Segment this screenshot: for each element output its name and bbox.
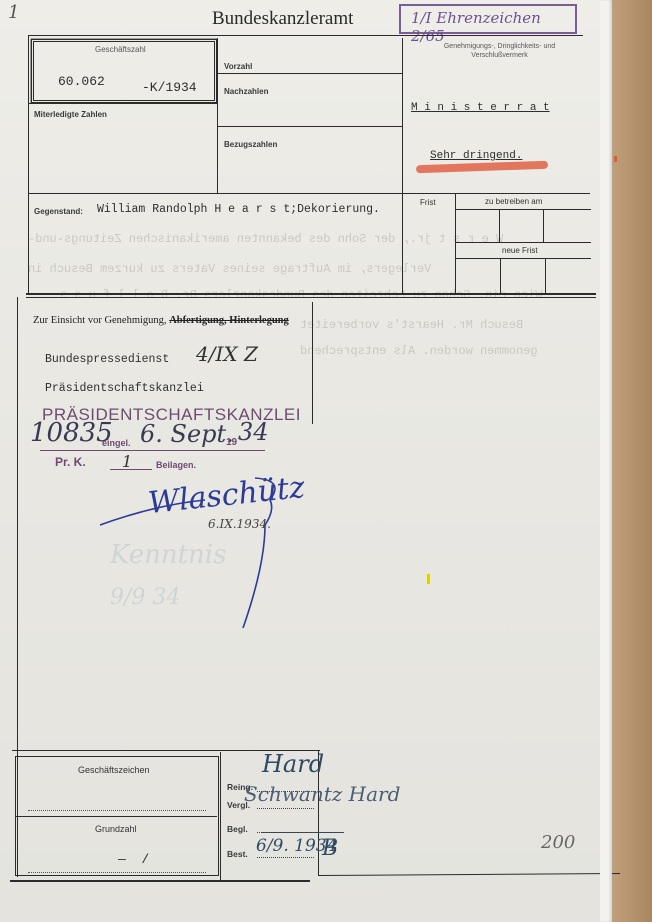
reference-stamp-text: 1/I Ehrenzeichen 2/65 xyxy=(411,9,575,45)
receipt-stamp-year-prefix: 19 xyxy=(226,437,237,448)
geschaeftszeichen-line xyxy=(28,810,206,811)
einsicht-struck-text: Abfertigung, Hinterlegung xyxy=(169,315,289,326)
geschaeftszahl-number: 60.062 xyxy=(58,74,105,89)
best-label: Best. xyxy=(227,849,248,859)
office-title: Bundeskanzleramt xyxy=(212,8,353,30)
form-divider xyxy=(28,193,590,194)
begl-line xyxy=(257,832,314,833)
form-divider xyxy=(500,258,501,294)
form-border xyxy=(28,35,583,36)
bleed-through-text: Verlegers, im Auftrage seines Vaters zu … xyxy=(28,262,431,276)
bleed-through-text: Wien ein. Schon zu Lebzeiten des Bundesk… xyxy=(60,288,542,302)
vorzahl-label: Vorzahl xyxy=(224,62,252,71)
form-divider xyxy=(312,302,313,424)
geschaeftszahl-label: Geschäftszahl xyxy=(95,45,146,54)
red-pencil-mark xyxy=(416,161,548,174)
form-divider xyxy=(456,242,591,243)
best-initial: B xyxy=(322,836,338,861)
form-border xyxy=(28,35,29,293)
form-divider xyxy=(545,258,546,294)
geschaeftszahl-suffix: -K/1934 xyxy=(142,80,197,95)
bezugszahlen-label: Bezugszahlen xyxy=(224,140,277,149)
reing-signature: Hard xyxy=(262,750,324,778)
form-border xyxy=(402,38,403,294)
signature-stroke-icon xyxy=(95,470,285,640)
bleed-through-text: genommen worden. Als entsprechend xyxy=(300,344,538,358)
einsicht-label: Zur Einsicht vor Genehmigung, xyxy=(33,315,167,326)
form-border xyxy=(10,880,310,882)
vermerk-ministerrat: M i n i s t e r r a t xyxy=(411,102,550,114)
red-edge-mark xyxy=(614,156,617,162)
receipt-stamp-number: 10835 xyxy=(30,418,113,448)
form-divider xyxy=(456,209,591,210)
bleed-through-text: W e r s t jr., der Sohn des bekannten am… xyxy=(28,232,503,246)
nachzahlen-label: Nachzahlen xyxy=(224,87,268,96)
frist-label: Frist xyxy=(420,198,436,207)
best-line xyxy=(257,857,314,858)
page-corner-number: 1 xyxy=(8,2,19,23)
form-divider xyxy=(218,73,403,74)
receipt-stamp-eingel-label: eingel. xyxy=(102,438,131,448)
reference-stamp: 1/I Ehrenzeichen 2/65 xyxy=(399,4,577,34)
form-divider xyxy=(456,258,591,259)
gegenstand-value: William Randolph H e a r s t;Dekorierung… xyxy=(97,203,380,216)
receipt-stamp-beilagen-label: Beilagen. xyxy=(156,460,196,470)
form-divider xyxy=(26,293,596,295)
recipient-bundespressedienst: Bundespressedienst xyxy=(45,353,169,366)
zu-betreiben-label: zu betreiben am xyxy=(485,197,542,206)
neue-frist-label: neue Frist xyxy=(502,246,538,255)
bleed-through-text: Besuch Mr. Hearst's vorbereitet xyxy=(300,318,523,332)
geschaeftszeichen-label: Geschäftszeichen xyxy=(78,765,150,775)
highlighter-mark xyxy=(427,574,430,584)
signature-date: 6.IX.1934. xyxy=(208,517,271,531)
vergl-signature: Schwantz Hard xyxy=(244,782,400,806)
begl-label: Begl. xyxy=(227,824,248,834)
form-divider xyxy=(499,209,500,242)
form-border xyxy=(318,873,620,876)
receipt-stamp-prk-label: Pr. K. xyxy=(55,455,86,469)
form-divider xyxy=(218,126,403,127)
gegenstand-label: Gegenstand: xyxy=(34,207,83,216)
vermerk-dringend: Sehr dringend. xyxy=(430,150,522,162)
grundzahl-label: Grundzahl xyxy=(95,824,137,834)
einsicht-line: Zur Einsicht vor Genehmigung, Abfertigun… xyxy=(33,315,289,326)
form-border xyxy=(220,752,221,880)
vermerk-label-line2: Verschlußvermerk xyxy=(412,52,587,59)
paper-edge xyxy=(600,0,612,922)
receipt-stamp-underline xyxy=(40,450,265,451)
recipient-1-handwritten-mark: 4/IX Z xyxy=(196,342,258,366)
miterledigte-label: Miterledigte Zahlen xyxy=(34,110,107,119)
form-divider xyxy=(543,209,544,242)
archive-number: 200 xyxy=(541,832,575,853)
receipt-stamp-date: 6. Sept. xyxy=(140,420,234,448)
vermerk-label-line1: Genehmigungs-, Dringlichkeits- und xyxy=(412,43,587,50)
form-divider xyxy=(28,103,218,104)
vergl-line xyxy=(257,808,314,809)
recipient-praesidentschaftskanzlei: Präsidentschaftskanzlei xyxy=(45,382,204,395)
form-divider xyxy=(16,816,217,817)
form-border xyxy=(217,38,218,194)
form-divider xyxy=(26,297,596,298)
receipt-stamp-year: 34 xyxy=(238,418,269,446)
grundzahl-line xyxy=(28,872,206,873)
document-page: W e r s t jr., der Sohn des bekannten am… xyxy=(0,0,608,922)
grundzahl-value: — / xyxy=(118,852,149,867)
